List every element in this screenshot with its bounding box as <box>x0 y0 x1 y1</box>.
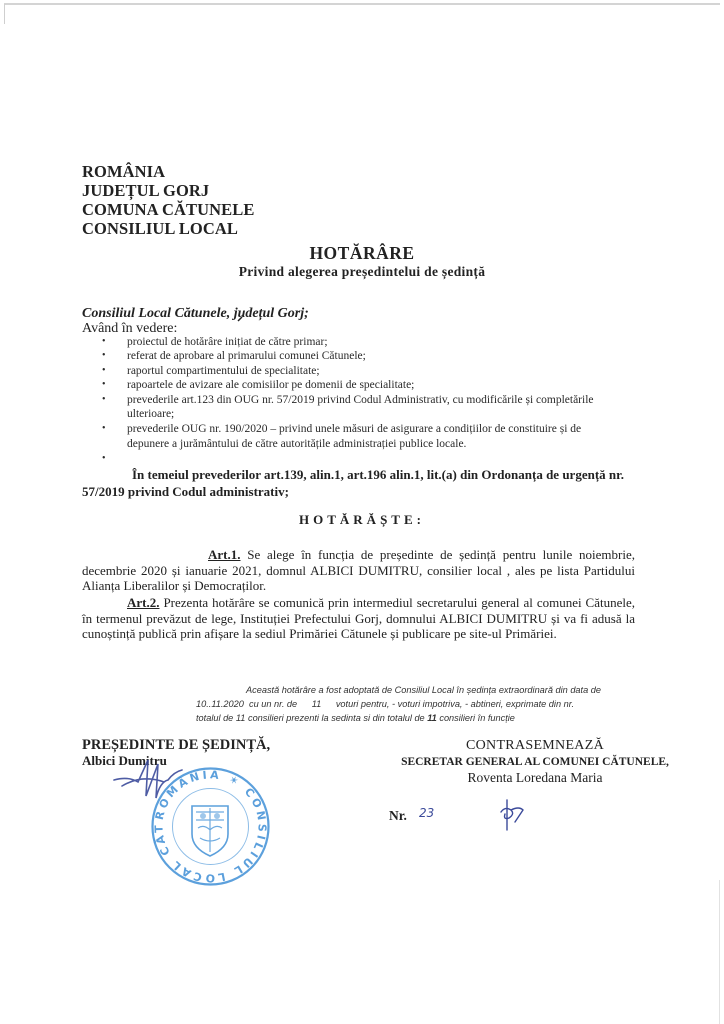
pen-mark-icon <box>237 316 243 322</box>
adoption-date: 10..11.2020 <box>196 699 244 709</box>
bullet-icon: • <box>102 335 106 349</box>
bullet-icon: • <box>102 422 106 436</box>
issuer-header: ROMÂNIA JUDEȚUL GORJ COMUNA CĂTUNELE CON… <box>82 162 254 238</box>
article-1: Art.1. Se alege în funcția de președinte… <box>82 547 635 594</box>
secretary-role: SECRETAR GENERAL AL COMUNEI CĂTUNELE, <box>380 754 690 770</box>
list-item: •prevederile OUG nr. 190/2020 – privind … <box>102 422 602 451</box>
list-item: •referat de aprobare al primarului comun… <box>102 349 602 363</box>
document-subtitle: Privind alegerea președintelui de ședinț… <box>0 264 724 280</box>
president-title: PREȘEDINTE DE ȘEDINȚĂ, <box>82 737 270 753</box>
scan-edge-right <box>719 880 720 1024</box>
legal-basis: În temeiul prevederilor art.139, alin.1,… <box>82 466 642 500</box>
registration-number-value: 23 <box>419 806 434 820</box>
article-1-text: Se alege în funcția de președinte de șed… <box>82 547 635 593</box>
secretary-name: Roventa Loredana Maria <box>380 770 690 785</box>
list-item: •prevederile art.123 din OUG nr. 57/2019… <box>102 393 602 422</box>
bullet-icon: • <box>102 378 106 392</box>
bullet-icon: • <box>102 452 106 466</box>
list-item: • <box>102 452 602 466</box>
article-2-label: Art.2. <box>127 595 160 610</box>
adoption-note: Această hotărâre a fost adoptată de Cons… <box>196 684 666 725</box>
bullet-icon: • <box>102 393 106 407</box>
header-country: ROMÂNIA <box>82 162 254 181</box>
countersign-label: CONTRASEMNEAZĂ <box>380 738 690 754</box>
adoption-line-2: 10..11.2020 cu un nr. de 11 voturi pentr… <box>196 698 666 712</box>
list-item: •proiectul de hotărâre inițiat de către … <box>102 335 602 349</box>
list-item: •raportul compartimentului de specialita… <box>102 364 602 378</box>
scan-edge-left <box>4 4 5 24</box>
abstentions: - <box>465 699 468 709</box>
scan-edge-top <box>4 3 720 5</box>
bullet-icon: • <box>102 364 106 378</box>
header-council: CONSILIUL LOCAL <box>82 219 254 238</box>
header-commune: COMUNA CĂTUNELE <box>82 200 254 219</box>
list-item: •rapoartele de avizare ale comisiilor pe… <box>102 378 602 392</box>
in-office-count: 11 <box>427 713 437 723</box>
article-1-label: Art.1. <box>208 547 241 562</box>
votes-for: 11 <box>312 699 322 709</box>
article-2-text: Prezenta hotărâre se comunică prin inter… <box>82 595 635 641</box>
registration-number-label: Nr. <box>389 808 407 824</box>
present-count: 11 <box>236 713 246 723</box>
president-signature-icon <box>108 752 188 812</box>
article-2: Art.2. Prezenta hotărâre se comunică pri… <box>82 595 635 642</box>
bullet-icon: • <box>102 349 106 363</box>
adoption-line-1: Această hotărâre a fost adoptată de Cons… <box>196 684 666 698</box>
document-title: HOTĂRÂRE <box>0 243 724 264</box>
secretary-initials-icon <box>497 798 527 832</box>
votes-against: - <box>392 699 395 709</box>
header-county: JUDEȚUL GORJ <box>82 181 254 200</box>
decides-heading: HOTĂRĂȘTE: <box>0 512 724 528</box>
secretary-signature-block: CONTRASEMNEAZĂ SECRETAR GENERAL AL COMUN… <box>380 738 690 785</box>
council-line: Consiliul Local Cătunele, județul Gorj; <box>82 306 309 322</box>
considerations-list: •proiectul de hotărâre inițiat de către … <box>102 335 602 467</box>
adoption-line-3: totalul de 11 consilieri prezenti la sed… <box>196 712 666 726</box>
